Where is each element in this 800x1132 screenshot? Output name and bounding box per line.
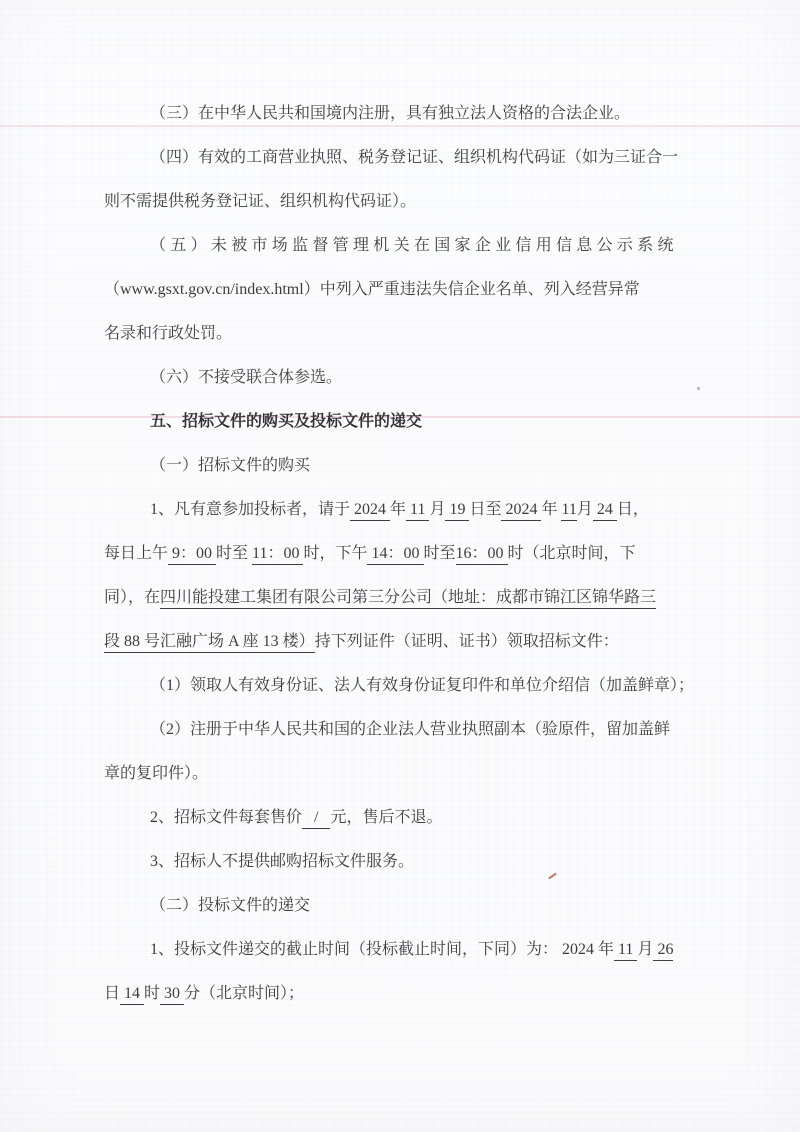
text-line: （一）招标文件的购买 — [104, 444, 704, 488]
text-segment: 五、招标文件的购买及投标文件的递交 — [150, 413, 422, 430]
text-segment: （二）投标文件的递交 — [150, 897, 310, 914]
text-segment: （五）未被市场监督管理机关在国家企业信用信息公示系统 — [150, 237, 678, 254]
text-line: （1）领取人有效身份证、法人有效身份证复印件和单位介绍信（加盖鲜章）； — [104, 664, 704, 708]
text-segment: 月 — [577, 501, 593, 518]
text-line: （四）有效的工商营业执照、税务登记证、组织机构代码证（如为三证合一 — [104, 136, 704, 180]
text-segment: 月 — [637, 941, 653, 958]
text-segment: 时至 — [216, 545, 252, 562]
underlined-blank-value: 16：00 — [456, 545, 508, 565]
underlined-blank-value: 段 88 号汇融广场 A 座 13 楼） — [104, 633, 315, 653]
text-segment: 时至 — [424, 545, 456, 562]
text-segment: 时（北京时间，下 — [508, 545, 636, 562]
text-segment: 同），在 — [104, 589, 160, 606]
text-segment: 日 — [104, 985, 120, 1002]
text-line: （二）投标文件的递交 — [104, 884, 704, 928]
document-body: （三）在中华人民共和国境内注册，具有独立法人资格的合法企业。（四）有效的工商营业… — [104, 92, 704, 1016]
text-segment: 持下列证件（证明、证书）领取招标文件： — [315, 633, 619, 650]
text-segment: 日， — [617, 501, 649, 518]
underlined-blank-value: 14：00 — [367, 545, 423, 565]
text-line: 1、投标文件递交的截止时间（投标截止时间，下同）为： 2024 年 11 月 2… — [104, 928, 704, 972]
underlined-blank-value: 2024 — [350, 501, 390, 521]
text-line: 2、招标文件每套售价 / 元，售后不退。 — [104, 796, 704, 840]
text-segment: （www.gsxt.gov.cn/index.html）中列入严重违法失信企业名… — [104, 281, 640, 298]
underlined-blank-value: 30 — [160, 985, 184, 1005]
underlined-blank-value: 11 — [561, 501, 576, 521]
text-segment: 分（北京时间）； — [184, 985, 304, 1002]
text-segment: 3、招标人不提供邮购招标文件服务。 — [150, 853, 414, 870]
underlined-blank-value: 11 — [614, 941, 637, 961]
text-segment: 日至 — [469, 501, 501, 518]
underlined-blank-value: 11 — [406, 501, 429, 521]
underlined-blank-value: 19 — [445, 501, 469, 521]
underlined-blank-value: 11：00 — [252, 545, 303, 565]
section-heading-line: 五、招标文件的购买及投标文件的递交 — [104, 400, 704, 444]
text-line: 则不需提供税务登记证、组织机构代码证）。 — [104, 180, 704, 224]
underlined-blank-value: / — [302, 809, 330, 829]
text-segment: 名录和行政处罚。 — [104, 325, 232, 342]
text-line: （三）在中华人民共和国境内注册，具有独立法人资格的合法企业。 — [104, 92, 704, 136]
text-line: 章的复印件）。 — [104, 752, 704, 796]
text-segment: 则不需提供税务登记证、组织机构代码证）。 — [104, 193, 416, 210]
text-segment: （2）注册于中华人民共和国的企业法人营业执照副本（验原件，留加盖鲜 — [150, 721, 670, 738]
text-line: 日 14 时 30 分（北京时间）； — [104, 972, 704, 1016]
underlined-blank-value: 四川能投建工集团有限公司第三分公司（地址：成都市锦江区锦华路三 — [160, 589, 656, 609]
text-segment: 时，下午 — [303, 545, 367, 562]
underlined-blank-value: 14 — [120, 985, 144, 1005]
text-line: （五）未被市场监督管理机关在国家企业信用信息公示系统 — [104, 224, 704, 268]
text-segment: 1、投标文件递交的截止时间（投标截止时间，下同）为： 2024 年 — [150, 941, 614, 958]
text-segment: 章的复印件）。 — [104, 765, 208, 782]
text-line: 同），在四川能投建工集团有限公司第三分公司（地址：成都市锦江区锦华路三 — [104, 576, 704, 620]
text-line: 名录和行政处罚。 — [104, 312, 704, 356]
text-segment: （四）有效的工商营业执照、税务登记证、组织机构代码证（如为三证合一 — [150, 149, 678, 166]
text-line: （www.gsxt.gov.cn/index.html）中列入严重违法失信企业名… — [104, 268, 704, 312]
text-line: 每日上午 9：00 时至 11：00 时，下午 14：00 时至16：00 时（… — [104, 532, 704, 576]
text-segment: 时 — [144, 985, 160, 1002]
text-segment: 每日上午 — [104, 545, 168, 562]
text-segment: （三）在中华人民共和国境内注册，具有独立法人资格的合法企业。 — [150, 105, 630, 122]
underlined-blank-value: 24 — [593, 501, 617, 521]
text-segment: 2、招标文件每套售价 — [150, 809, 302, 826]
text-segment: 1、凡有意参加投标者，请于 — [150, 501, 350, 518]
scanned-document-page: （三）在中华人民共和国境内注册，具有独立法人资格的合法企业。（四）有效的工商营业… — [0, 0, 800, 1132]
text-segment: 年 — [541, 501, 561, 518]
text-segment: （1）领取人有效身份证、法人有效身份证复印件和单位介绍信（加盖鲜章）； — [150, 677, 694, 694]
scanned-page-background: { "page": { "kind": "scanned tender docu… — [0, 0, 800, 1132]
text-segment: 元，售后不退。 — [330, 809, 442, 826]
text-segment: （六）不接受联合体参选。 — [150, 369, 342, 386]
underlined-blank-value: 9：00 — [168, 545, 216, 565]
text-line: （六）不接受联合体参选。 — [104, 356, 704, 400]
text-segment: （一）招标文件的购买 — [150, 457, 310, 474]
text-line: 3、招标人不提供邮购招标文件服务。 — [104, 840, 704, 884]
text-line: 段 88 号汇融广场 A 座 13 楼）持下列证件（证明、证书）领取招标文件： — [104, 620, 704, 664]
underlined-blank-value: 2024 — [501, 501, 541, 521]
text-segment: 月 — [429, 501, 445, 518]
text-segment: 年 — [390, 501, 406, 518]
text-line: （2）注册于中华人民共和国的企业法人营业执照副本（验原件，留加盖鲜 — [104, 708, 704, 752]
text-line: 1、凡有意参加投标者，请于 2024 年 11 月 19 日至 2024 年 1… — [104, 488, 704, 532]
underlined-blank-value: 26 — [653, 941, 673, 961]
